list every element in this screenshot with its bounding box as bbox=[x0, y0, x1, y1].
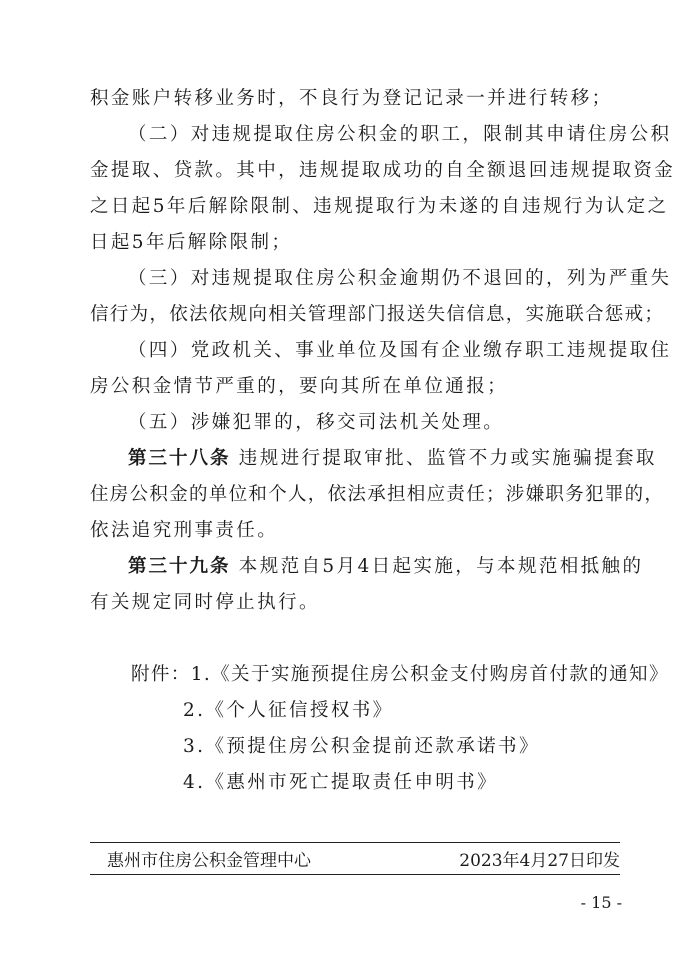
clause-2: （二）对违规提取住房公积金的职工，限制其申请住房公积 bbox=[128, 123, 622, 147]
attachment-item: 1.《关于实施预提住房公积金支付购房首付款的通知》 bbox=[191, 664, 669, 685]
body-line: 住房公积金的单位和个人，依法承担相应责任；涉嫌职务犯罪的， bbox=[90, 483, 622, 507]
attachment-item: 3.《预提住房公积金提前还款承诺书》 bbox=[183, 735, 700, 759]
body-line: 房公积金情节严重的，要向其所在单位通报； bbox=[90, 375, 622, 399]
page-number: - 15 - bbox=[581, 893, 622, 913]
body-line: 之日起5年后解除限制、违规提取行为未遂的自违规行为认定之 bbox=[90, 195, 622, 219]
article-38: 第三十八条 违规进行提取审批、监管不力或实施骗提套取 bbox=[128, 447, 622, 471]
body-line: 日起5年后解除限制； bbox=[90, 231, 622, 255]
issue-date: 2023年4月27日印发 bbox=[459, 850, 620, 872]
article-39-title: 第三十九条 bbox=[128, 556, 231, 577]
clause-4: （四）党政机关、事业单位及国有企业缴存职工违规提取住 bbox=[128, 339, 622, 363]
body-line: 有关规定同时停止执行。 bbox=[90, 591, 622, 615]
attachment-item: 2.《个人征信授权书》 bbox=[183, 699, 700, 723]
article-38-title: 第三十八条 bbox=[128, 448, 231, 469]
issuer-name: 惠州市住房公积金管理中心 bbox=[107, 850, 311, 872]
body-line: 信行为，依法依规向相关管理部门报送失信信息，实施联合惩戒； bbox=[90, 303, 622, 327]
body-line: 金提取、贷款。其中，违规提取成功的自全额退回违规提取资金 bbox=[90, 159, 622, 183]
article-39-text: 本规范自5月4日起实施，与本规范相抵触的 bbox=[239, 556, 644, 577]
footer-bottom-rule bbox=[90, 874, 620, 875]
attachment-item: 4.《惠州市死亡提取责任申明书》 bbox=[183, 771, 700, 795]
body-line: 积金账户转移业务时，不良行为登记记录一并进行转移； bbox=[90, 87, 622, 111]
clause-5: （五）涉嫌犯罪的，移交司法机关处理。 bbox=[128, 411, 622, 435]
article-39: 第三十九条 本规范自5月4日起实施，与本规范相抵触的 bbox=[128, 555, 622, 579]
attachments-label: 附件： bbox=[131, 664, 191, 685]
document-page: 积金账户转移业务时，不良行为登记记录一并进行转移； （二）对违规提取住房公积金的… bbox=[0, 0, 700, 963]
clause-3: （三）对违规提取住房公积金逾期仍不退回的，列为严重失 bbox=[128, 267, 622, 291]
footer-top-rule bbox=[90, 842, 620, 843]
article-38-text: 违规进行提取审批、监管不力或实施骗提套取 bbox=[239, 448, 657, 469]
body-line: 依法追究刑事责任。 bbox=[90, 519, 622, 543]
attachments-list: 附件：1.《关于实施预提住房公积金支付购房首付款的通知》 bbox=[131, 663, 663, 687]
